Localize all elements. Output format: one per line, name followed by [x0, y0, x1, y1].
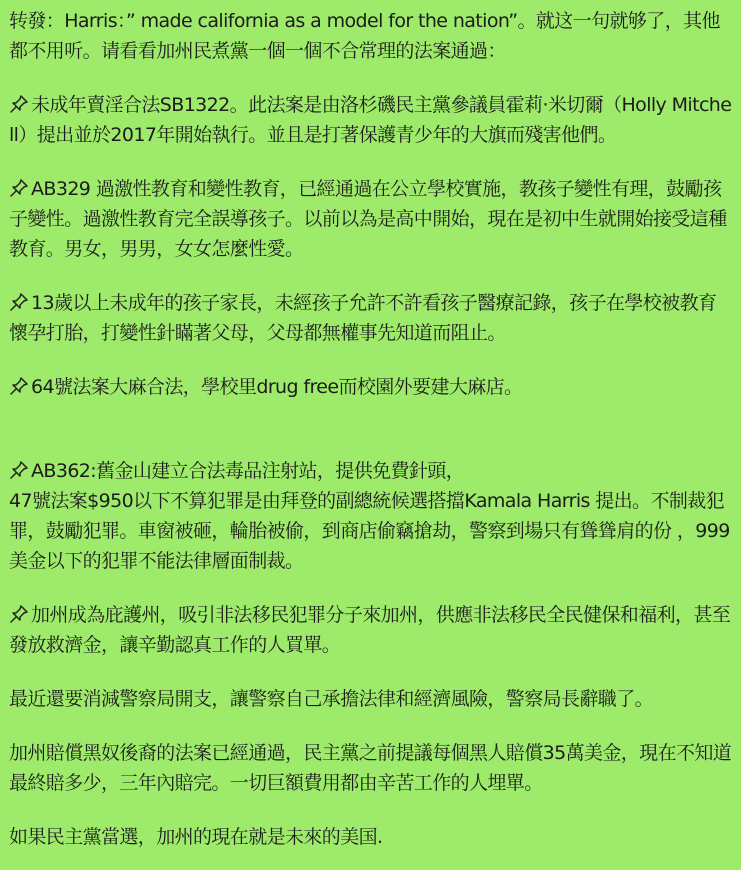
- intro-paragraph: 转發：Harris：” made california as a model f…: [9, 6, 733, 66]
- paragraph-conclusion: 如果民主黨當選，加州的現在就是未來的美国.: [9, 822, 733, 852]
- bullet-sanctuary: 加州成為庇護州，吸引非法移民犯罪分子來加州，供應非法移民全民健保和福利，甚至發放…: [9, 600, 733, 660]
- pushpin-icon: [9, 177, 29, 197]
- paragraph-text: 加州賠償黑奴後裔的法案已經通過，民主黨之前提議每個黑人賠償35萬美金，現在不知道…: [9, 742, 731, 794]
- paragraph-reparations: 加州賠償黑奴後裔的法案已經通過，民主黨之前提議每個黑人賠償35萬美金，現在不知道…: [9, 738, 733, 798]
- paragraph-text: 13歲以上未成年的孩子家長，未經孩子允許不許看孩子醫療記錄，孩子在學校被教育懷孕…: [9, 292, 716, 344]
- paragraph-text: 如果民主黨當選，加州的現在就是未來的美国.: [9, 826, 382, 848]
- paragraph-text: AB329 過激性教育和變性教育，已經通過在公立學校實施，教孩子變性有理，鼓勵孩…: [9, 178, 727, 260]
- bullet-ab362: AB362:舊金山建立合法毒品注射站，提供免費針頭， 47號法案$950以下不算…: [9, 426, 733, 576]
- paragraph-police: 最近還要消減警察局開支，讓警察自己承擔法律和經濟風險，警察局長辭職了。: [9, 684, 733, 714]
- paragraph-text: 转發：Harris：” made california as a model f…: [9, 10, 720, 62]
- pushpin-icon: [9, 603, 29, 623]
- pushpin-icon: [9, 459, 29, 479]
- pushpin-icon: [9, 93, 29, 113]
- paragraph-text: 64號法案大麻合法，學校里drug free而校園外要建大麻店。: [31, 376, 522, 398]
- bullet-sb1322: 未成年賣淫合法SB1322。此法案是由洛杉磯民主黨參議員霍莉·米切爾（Holly…: [9, 90, 733, 150]
- paragraph-text: 加州成為庇護州，吸引非法移民犯罪分子來加州，供應非法移民全民健保和福利，甚至發放…: [9, 604, 730, 656]
- pushpin-icon: [9, 375, 29, 395]
- paragraph-text: AB362:舊金山建立合法毒品注射站，提供免費針頭， 47號法案$950以下不算…: [9, 460, 730, 572]
- bullet-prop64: 64號法案大麻合法，學校里drug free而校園外要建大麻店。: [9, 372, 733, 402]
- bullet-parents: 13歲以上未成年的孩子家長，未經孩子允許不許看孩子醫療記錄，孩子在學校被教育懷孕…: [9, 288, 733, 348]
- paragraph-text: 最近還要消減警察局開支，讓警察自己承擔法律和經濟風險，警察局長辭職了。: [9, 688, 653, 710]
- pushpin-icon: [9, 291, 29, 311]
- post-body: 转發：Harris：” made california as a model f…: [0, 0, 741, 852]
- bullet-ab329: AB329 過激性教育和變性教育，已經通過在公立學校實施，教孩子變性有理，鼓勵孩…: [9, 174, 733, 264]
- paragraph-text: 未成年賣淫合法SB1322。此法案是由洛杉磯民主黨參議員霍莉·米切爾（Holly…: [9, 94, 731, 146]
